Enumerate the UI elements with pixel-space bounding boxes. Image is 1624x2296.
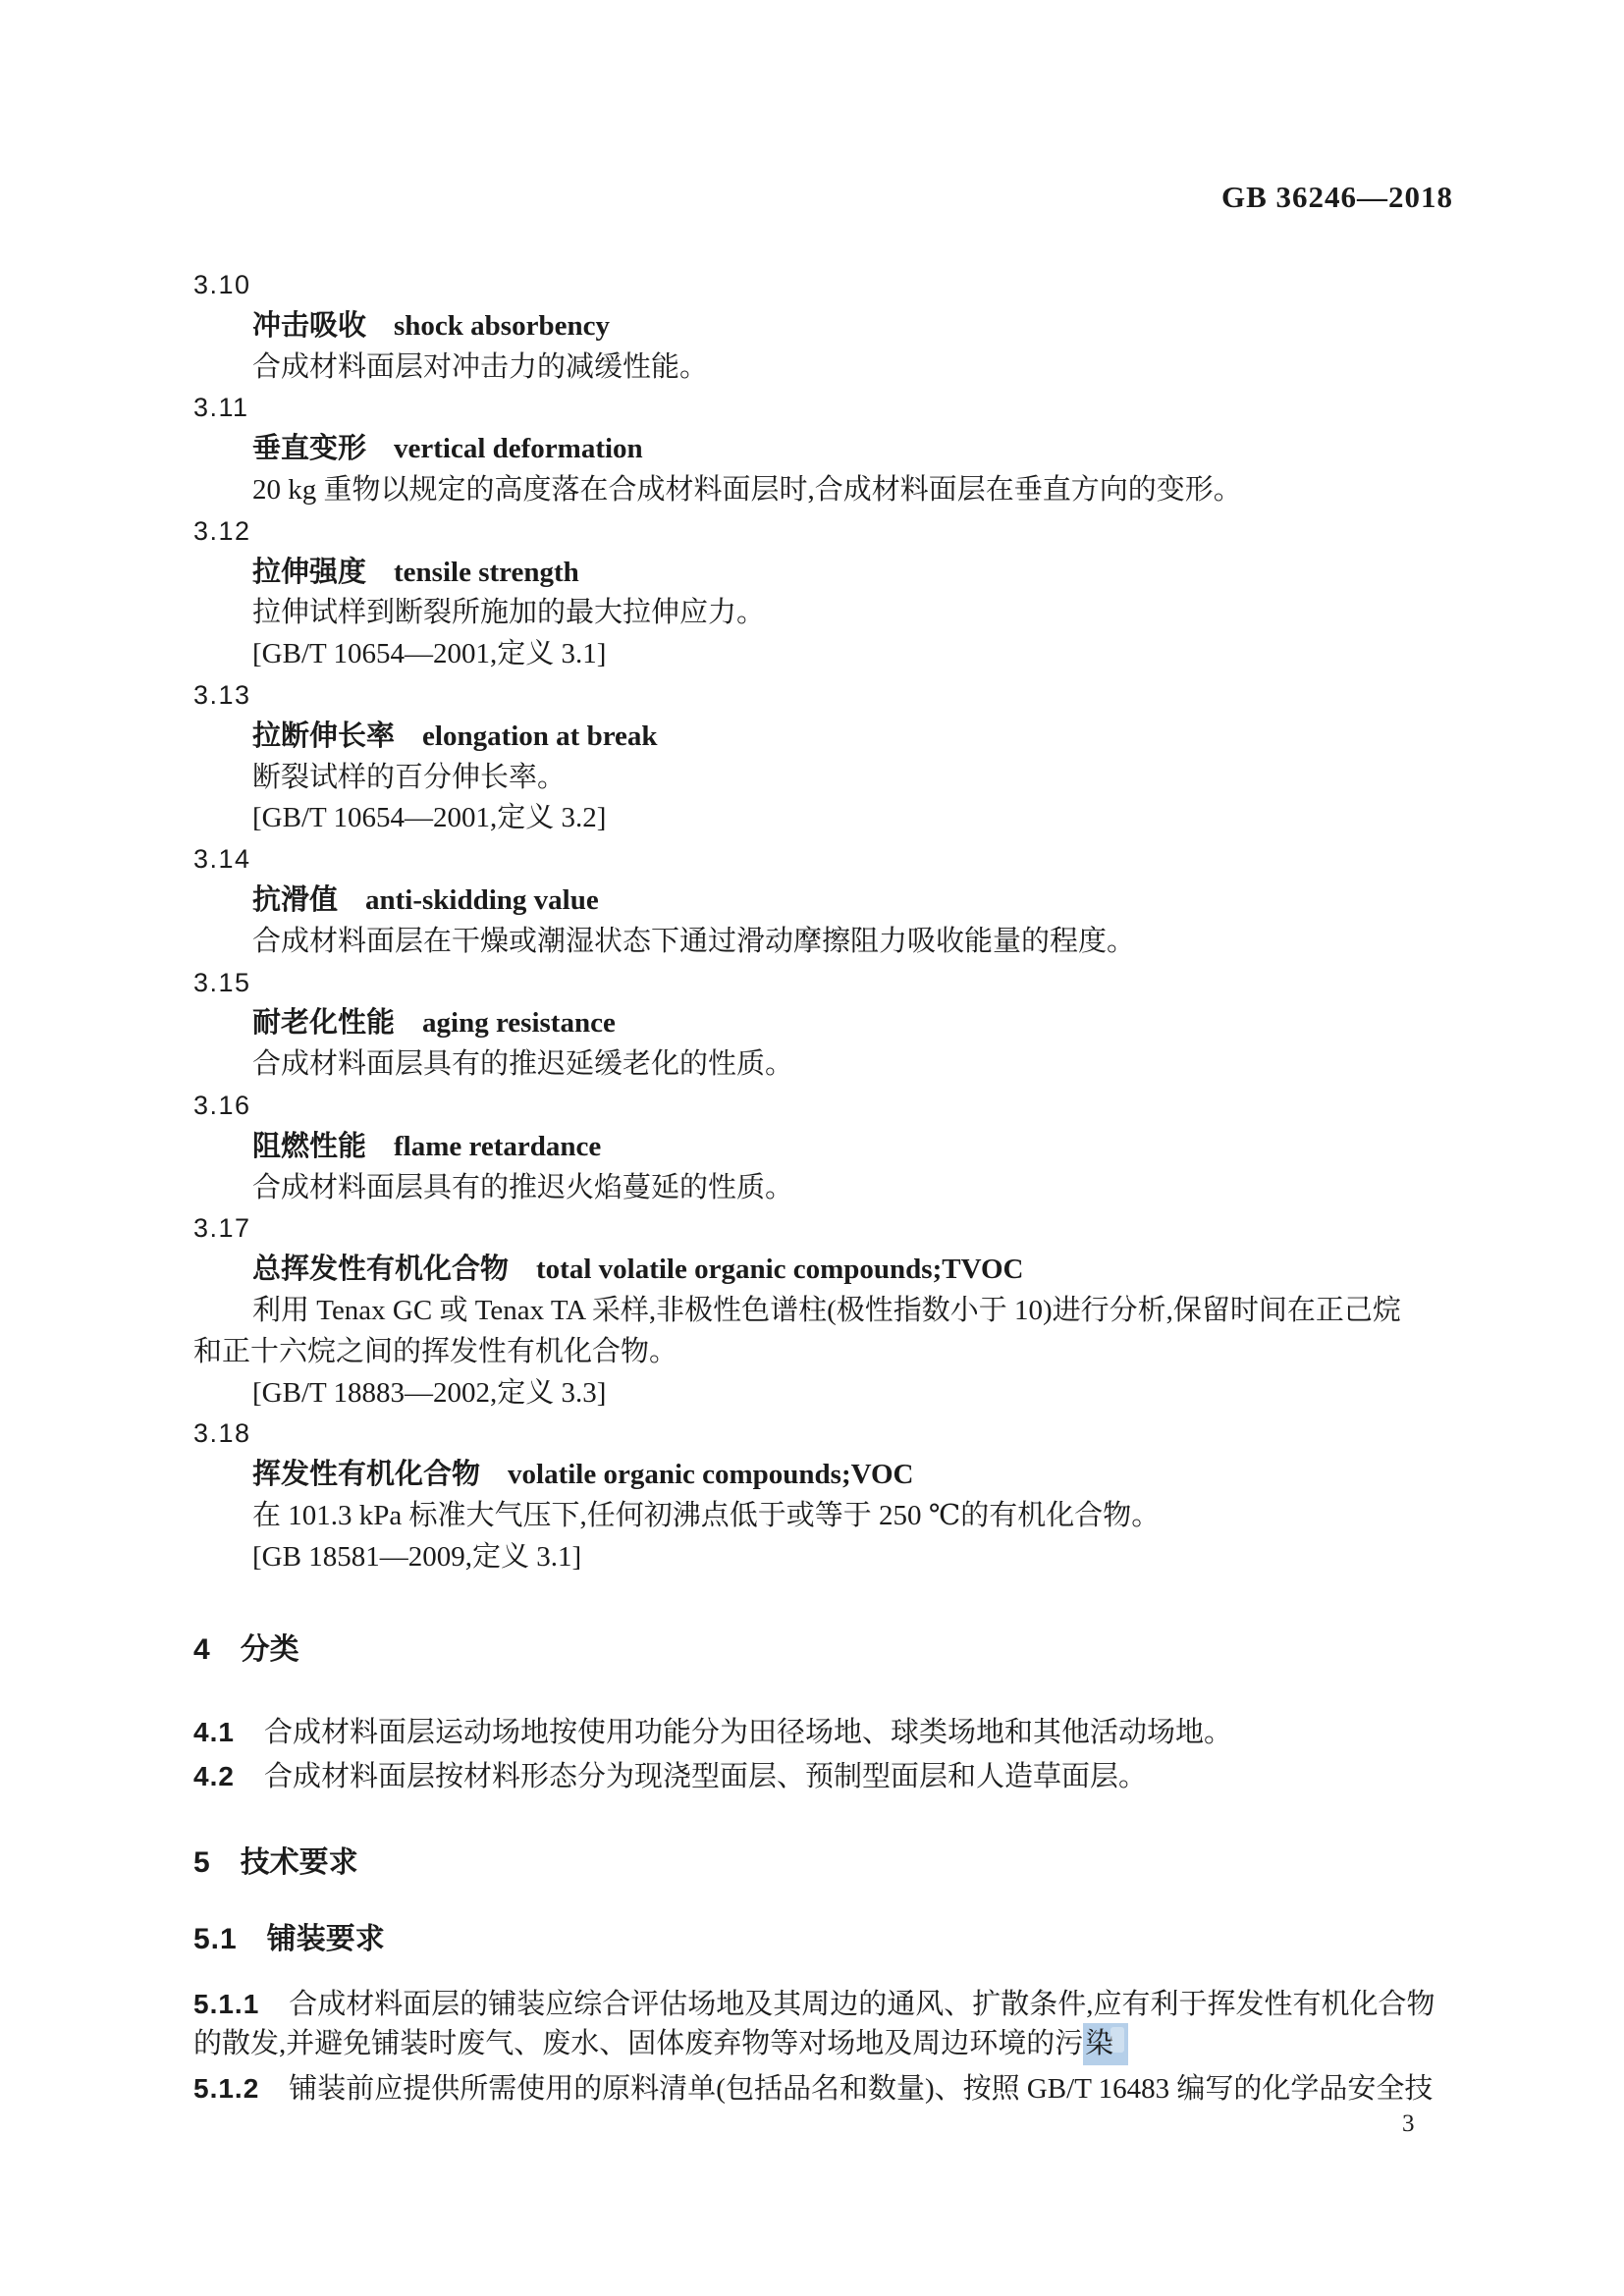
clause-number: 3.16 <box>193 1086 1509 1127</box>
term-line: 阻燃性能flame retardance <box>193 1127 1509 1168</box>
term-line: 冲击吸收shock absorbency <box>193 306 1509 347</box>
clause-number: 3.18 <box>193 1414 1509 1455</box>
definition-text: 利用 Tenax GC 或 Tenax TA 采样,非极性色谱柱(极性指数小于 … <box>193 1291 1509 1332</box>
clause-number: 3.15 <box>193 963 1509 1004</box>
clause-text: 合成材料面层的铺装应综合评估场地及其周边的通风、扩散条件,应有利于挥发性有机化合… <box>289 1989 1435 2020</box>
definition-3-15: 3.15 耐老化性能aging resistance 合成材料面层具有的推迟延缓… <box>193 963 1509 1086</box>
section-4-heading: 4分类 <box>193 1629 1509 1671</box>
definition-text: 20 kg 重物以规定的高度落在合成材料面层时,合成材料面层在垂直方向的变形。 <box>193 470 1509 511</box>
term-line: 总挥发性有机化合物total volatile organic compound… <box>193 1250 1509 1291</box>
definition-text-continued: 和正十六烷之间的挥发性有机化合物。 <box>193 1332 1509 1373</box>
term-line: 垂直变形vertical deformation <box>193 429 1509 470</box>
term-cn: 耐老化性能 <box>252 1007 395 1039</box>
definition-3-12: 3.12 拉伸强度tensile strength 拉伸试样到断裂所施加的最大拉… <box>193 511 1509 675</box>
definition-3-17: 3.17 总挥发性有机化合物total volatile organic com… <box>193 1208 1509 1414</box>
term-line: 抗滑值anti-skidding value <box>193 881 1509 922</box>
standard-number-header: GB 36246—2018 <box>1221 180 1453 215</box>
clause-number: 3.12 <box>193 511 1509 553</box>
term-line: 拉断伸长率elongation at break <box>193 717 1509 758</box>
term-cn: 拉断伸长率 <box>252 721 395 752</box>
source-reference: [GB/T 10654—2001,定义 3.1] <box>193 634 1509 675</box>
term-en: vertical deformation <box>394 433 643 464</box>
definition-3-18: 3.18 挥发性有机化合物volatile organic compounds;… <box>193 1414 1509 1577</box>
clause-text: 合成材料面层运动场地按使用功能分为田径场地、球类场地和其他活动场地。 <box>264 1717 1232 1748</box>
definition-text: 在 101.3 kPa 标准大气压下,任何初沸点低于或等于 250 ℃的有机化合… <box>193 1496 1509 1537</box>
definition-text: 合成材料面层在干燥或潮湿状态下通过滑动摩擦阻力吸收能量的程度。 <box>193 922 1509 963</box>
definition-text: 合成材料面层具有的推迟延缓老化的性质。 <box>193 1044 1509 1086</box>
section-title: 铺装要求 <box>267 1923 385 1955</box>
section-title: 技术要求 <box>241 1846 358 1879</box>
section-5-heading: 5技术要求 <box>193 1842 1509 1884</box>
clause-number: 5.1.2 <box>193 2073 259 2104</box>
source-reference: [GB 18581—2009,定义 3.1] <box>193 1537 1509 1578</box>
clause-number: 4.1 <box>193 1717 235 1747</box>
term-en: tensile strength <box>394 557 579 588</box>
definition-text: 合成材料面层具有的推迟火焰蔓延的性质。 <box>193 1168 1509 1209</box>
definition-3-16: 3.16 阻燃性能flame retardance 合成材料面层具有的推迟火焰蔓… <box>193 1086 1509 1208</box>
term-cn: 抗滑值 <box>252 884 338 916</box>
section-title: 分类 <box>241 1633 299 1666</box>
term-cn: 挥发性有机化合物 <box>252 1459 480 1490</box>
source-reference: [GB/T 10654—2001,定义 3.2] <box>193 798 1509 839</box>
clause-number: 3.13 <box>193 675 1509 717</box>
term-cn: 垂直变形 <box>252 433 366 464</box>
definition-text: 断裂试样的百分伸长率。 <box>193 758 1509 799</box>
section-number: 4 <box>193 1633 211 1666</box>
definition-3-13: 3.13 拉断伸长率elongation at break 断裂试样的百分伸长率… <box>193 675 1509 839</box>
page-number: 3 <box>1402 2110 1415 2138</box>
document-page: GB 36246—2018 3.10 冲击吸收shock absorbency … <box>0 0 1624 2296</box>
clause-text: 的散发,并避免铺装时废气、废水、固体废弃物等对场地及周边环境的污 <box>193 2028 1083 2059</box>
clause-number: 3.10 <box>193 265 1509 306</box>
term-en: flame retardance <box>394 1131 601 1162</box>
clause-4-1: 4.1合成材料面层运动场地按使用功能分为田径场地、球类场地和其他活动场地。 <box>193 1712 1509 1753</box>
clause-text: 合成材料面层按材料形态分为现浇型面层、预制型面层和人造草面层。 <box>264 1761 1147 1792</box>
term-en: aging resistance <box>422 1007 616 1039</box>
term-line: 拉伸强度tensile strength <box>193 553 1509 594</box>
clause-number: 5.1.1 <box>193 1989 259 2019</box>
term-en: anti-skidding value <box>365 884 599 916</box>
clause-4-2: 4.2合成材料面层按材料形态分为现浇型面层、预制型面层和人造草面层。 <box>193 1756 1509 1797</box>
source-reference: [GB/T 18883—2002,定义 3.3] <box>193 1373 1509 1415</box>
term-cn: 总挥发性有机化合物 <box>252 1254 509 1285</box>
term-en: total volatile organic compounds;TVOC <box>536 1254 1023 1285</box>
document-content: 3.10 冲击吸收shock absorbency 合成材料面层对冲击力的减缓性… <box>193 265 1509 2109</box>
term-en: elongation at break <box>422 721 658 752</box>
clause-number: 4.2 <box>193 1761 235 1791</box>
clause-5-1-2: 5.1.2铺装前应提供所需使用的原料清单(包括品名和数量)、按照 GB/T 16… <box>193 2069 1509 2109</box>
clause-text: 铺装前应提供所需使用的原料清单(包括品名和数量)、按照 GB/T 16483 编… <box>289 2073 1433 2105</box>
clause-number: 3.17 <box>193 1208 1509 1250</box>
section-5-1-heading: 5.1铺装要求 <box>193 1919 1509 1960</box>
term-cn: 阻燃性能 <box>252 1131 366 1162</box>
section-number: 5 <box>193 1846 211 1879</box>
term-cn: 拉伸强度 <box>252 557 366 588</box>
section-number: 5.1 <box>193 1923 238 1955</box>
clause-number: 3.11 <box>193 388 1509 429</box>
definition-3-10: 3.10 冲击吸收shock absorbency 合成材料面层对冲击力的减缓性… <box>193 265 1509 388</box>
definition-3-14: 3.14 抗滑值anti-skidding value 合成材料面层在干燥或潮湿… <box>193 839 1509 962</box>
definition-text: 合成材料面层对冲击力的减缓性能。 <box>193 347 1509 389</box>
clause-5-1-1: 5.1.1合成材料面层的铺装应综合评估场地及其周边的通风、扩散条件,应有利于挥发… <box>193 1985 1509 2063</box>
term-en: volatile organic compounds;VOC <box>508 1459 913 1490</box>
term-cn: 冲击吸收 <box>252 310 366 342</box>
clause-number: 3.14 <box>193 839 1509 881</box>
term-en: shock absorbency <box>394 310 610 342</box>
selection-highlight: 染 <box>1083 2023 1128 2065</box>
term-line: 挥发性有机化合物volatile organic compounds;VOC <box>193 1455 1509 1496</box>
term-line: 耐老化性能aging resistance <box>193 1003 1509 1044</box>
clause-line-2: 的散发,并避免铺装时废气、废水、固体废弃物等对场地及周边环境的污染。 <box>193 2024 1509 2063</box>
clause-line-1: 5.1.1合成材料面层的铺装应综合评估场地及其周边的通风、扩散条件,应有利于挥发… <box>193 1985 1509 2024</box>
definition-3-11: 3.11 垂直变形vertical deformation 20 kg 重物以规… <box>193 388 1509 510</box>
definition-text: 拉伸试样到断裂所施加的最大拉伸应力。 <box>193 593 1509 634</box>
